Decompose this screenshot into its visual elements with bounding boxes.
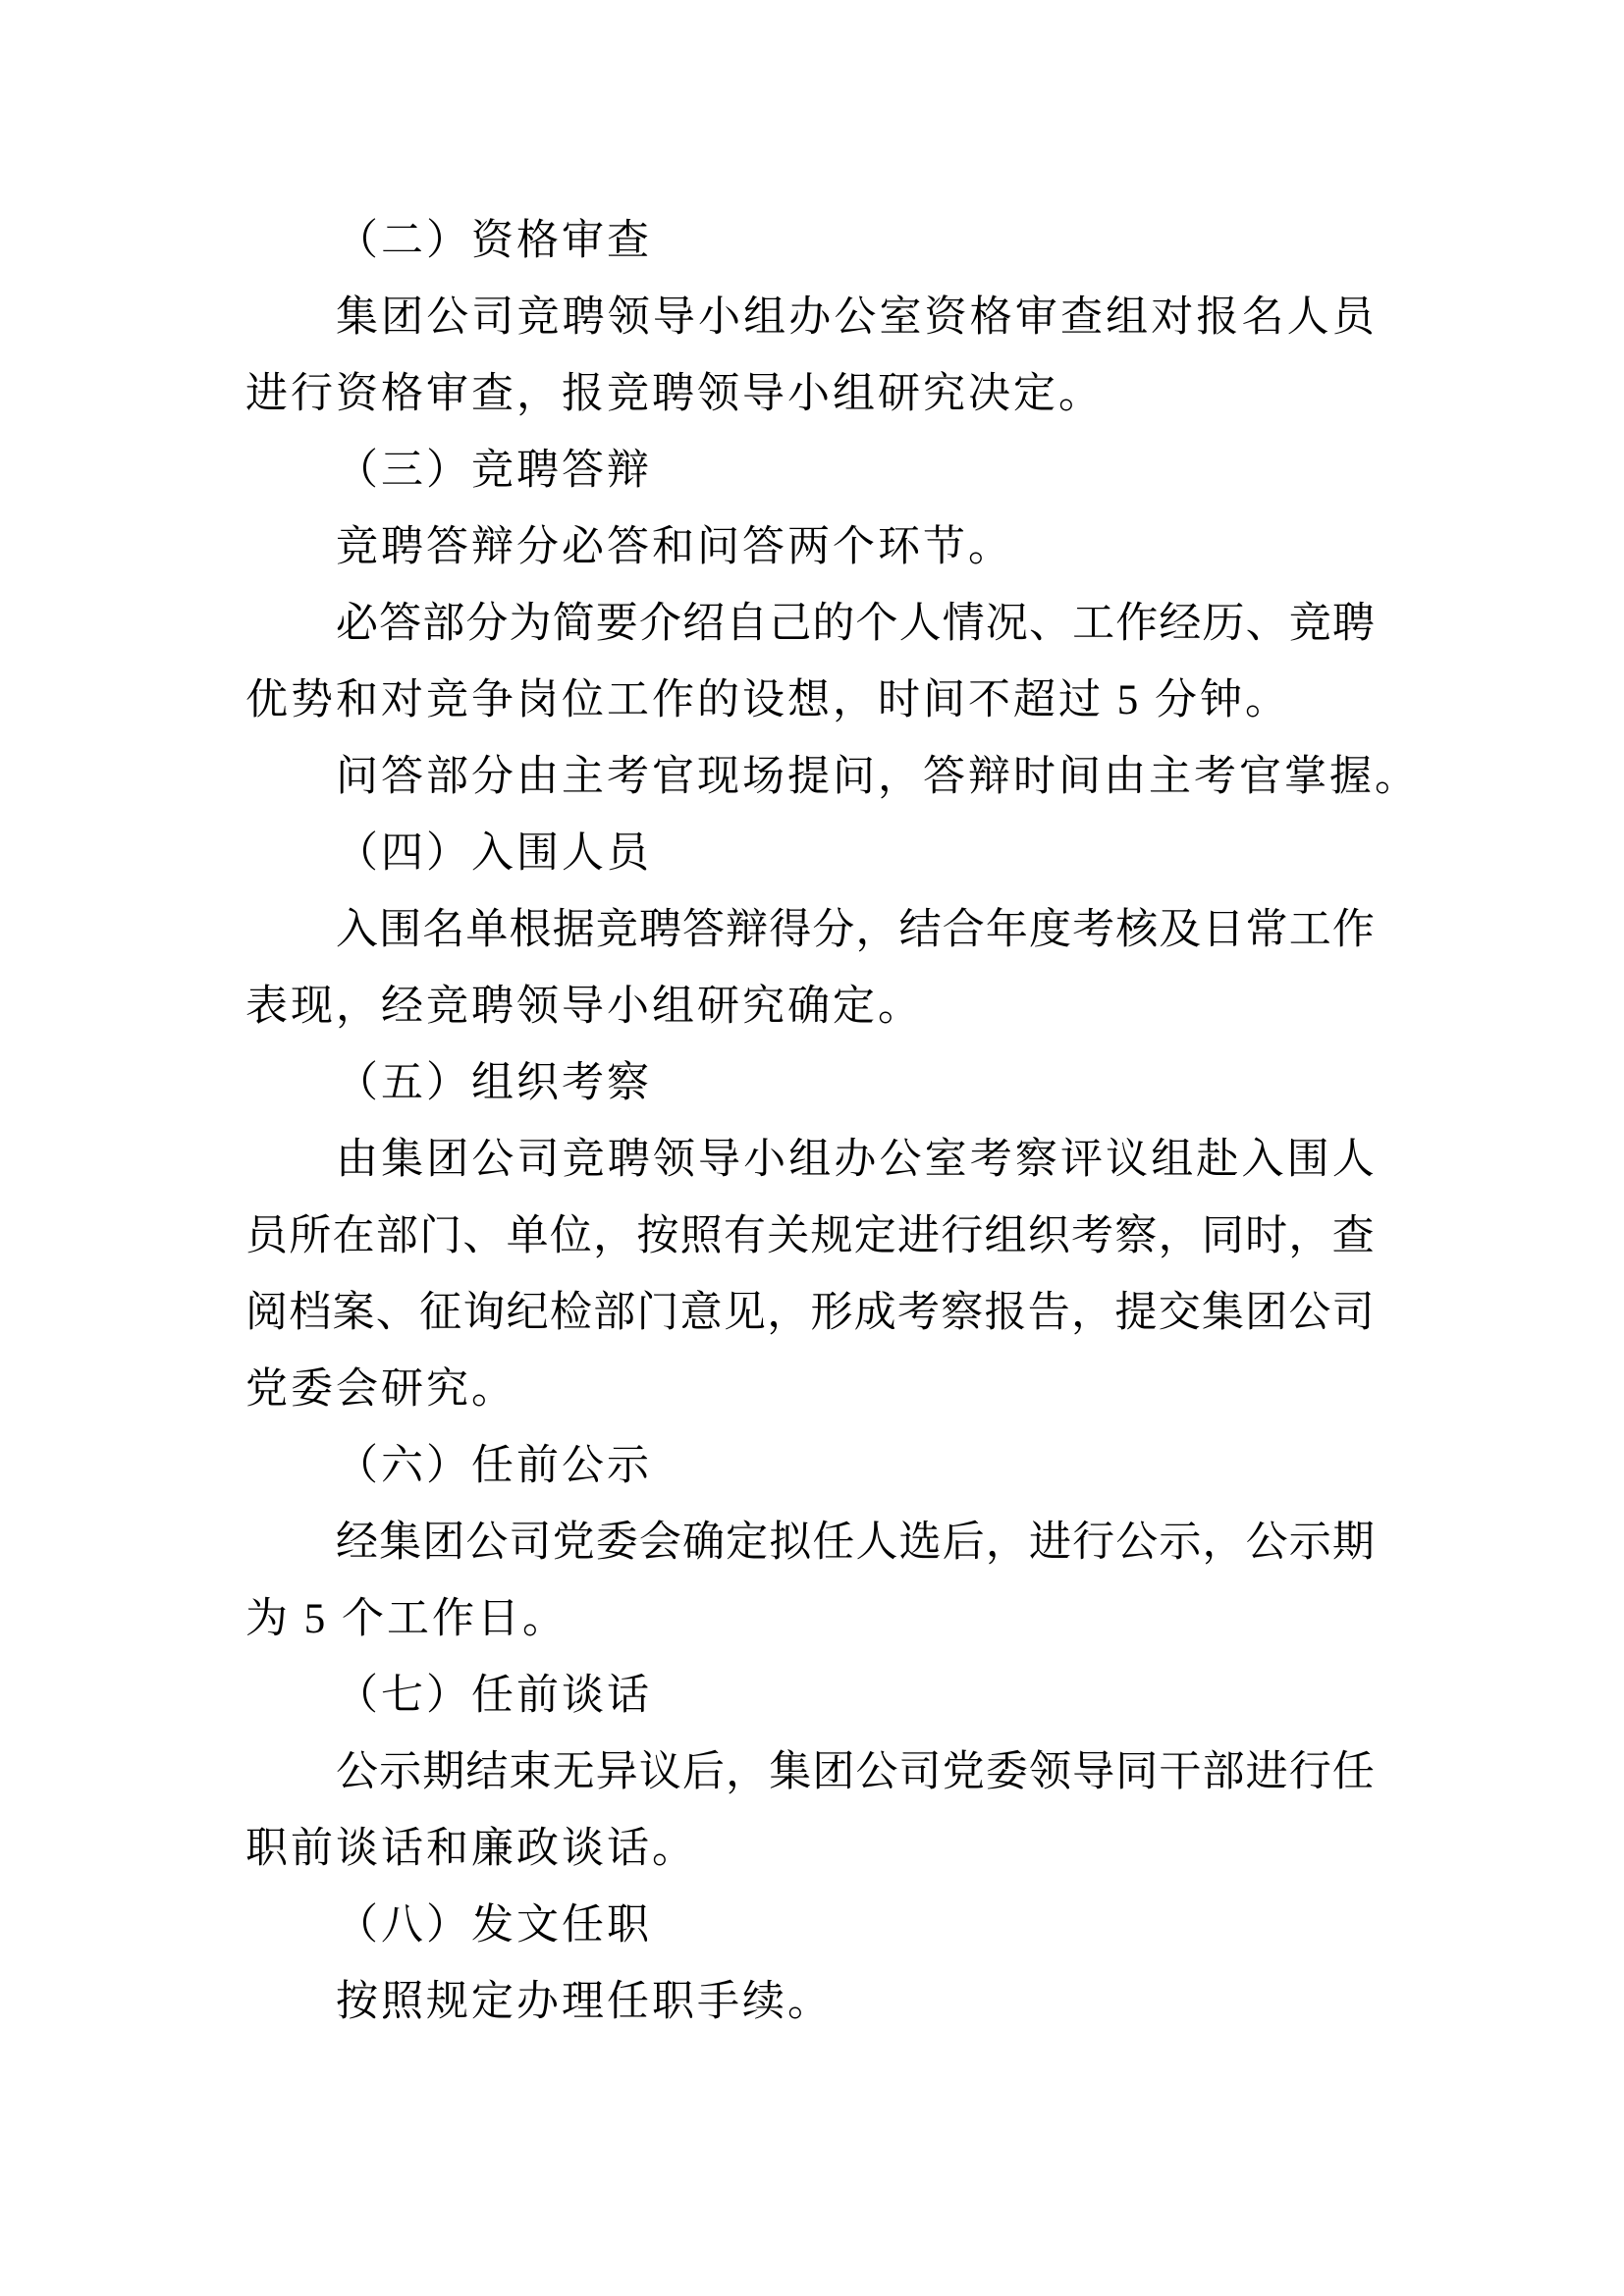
text-char: 办 bbox=[834, 1122, 876, 1199]
text-char: 的 bbox=[812, 586, 854, 663]
text-char: 导 bbox=[1072, 1735, 1114, 1811]
text-char: 示 bbox=[1289, 1505, 1331, 1581]
text-char: 人 bbox=[1287, 280, 1329, 356]
text-char: 期 bbox=[422, 1735, 464, 1811]
text-char: 期 bbox=[1332, 1505, 1375, 1581]
text-char: 司 bbox=[517, 1122, 560, 1199]
text-char: 常 bbox=[1246, 892, 1288, 969]
text-char: 个 bbox=[856, 586, 898, 663]
text-char: 任 bbox=[812, 1505, 854, 1581]
text-char: 党 bbox=[943, 1735, 985, 1811]
text-char: 有 bbox=[724, 1199, 766, 1275]
text-line: 进行资格审查，报竞聘领导小组研究决定。 bbox=[245, 356, 1375, 433]
text-char: 团 bbox=[422, 1505, 464, 1581]
text-char: 在 bbox=[333, 1199, 375, 1275]
text-char: 示 bbox=[1159, 1505, 1201, 1581]
text-char: 竞 bbox=[517, 280, 560, 356]
text-char: 导 bbox=[698, 1122, 740, 1199]
text-char: 行 bbox=[1072, 1505, 1114, 1581]
text-char: 团 bbox=[1245, 1275, 1287, 1352]
text-char: 自 bbox=[726, 586, 768, 663]
text-char: 集 bbox=[381, 1122, 423, 1199]
text-char: 部 bbox=[593, 1275, 635, 1352]
text-char: 照 bbox=[680, 1199, 723, 1275]
text-char: 公 bbox=[336, 1735, 378, 1811]
text-char: 简 bbox=[553, 586, 595, 663]
text-char: 行 bbox=[941, 1199, 983, 1275]
text-char: 结 bbox=[899, 892, 942, 969]
text-char: 部 bbox=[1203, 1735, 1245, 1811]
text-char: 规 bbox=[810, 1199, 852, 1275]
text-char: 、 bbox=[462, 1199, 505, 1275]
text-char: 赴 bbox=[1196, 1122, 1238, 1199]
text-char: 部 bbox=[422, 586, 464, 663]
text-char: 察 bbox=[941, 1275, 983, 1352]
text-char: 辩 bbox=[726, 892, 768, 969]
text-char: ， bbox=[1159, 1199, 1201, 1275]
text-char: 公 bbox=[465, 1505, 508, 1581]
text-line: 由集团公司竞聘领导小组办公室考察评议组赴入围人 bbox=[245, 1122, 1375, 1199]
text-char: 集 bbox=[336, 280, 378, 356]
text-char: 拟 bbox=[769, 1505, 811, 1581]
text-char: 结 bbox=[465, 1735, 508, 1811]
text-char: 小 bbox=[698, 280, 740, 356]
text-char: 议 bbox=[1106, 1122, 1148, 1199]
text-char: 入 bbox=[1242, 1122, 1284, 1199]
text-char: 审 bbox=[1015, 280, 1057, 356]
text-char: 集 bbox=[1202, 1275, 1244, 1352]
text-char: 时 bbox=[1245, 1199, 1287, 1275]
text-char: 织 bbox=[1028, 1199, 1070, 1275]
text-char: 名 bbox=[422, 892, 464, 969]
text-char: 、 bbox=[1029, 586, 1071, 663]
text-char: 人 bbox=[899, 586, 942, 663]
text-char: 公 bbox=[1246, 1505, 1288, 1581]
text-char: 考 bbox=[1072, 892, 1114, 969]
text-line: 阅档案、征询纪检部门意见，形成考察报告，提交集团公司 bbox=[245, 1275, 1375, 1352]
text-char: 工 bbox=[1072, 586, 1114, 663]
text-char: 公 bbox=[426, 280, 468, 356]
text-char: 由 bbox=[336, 1122, 378, 1199]
text-char: 日 bbox=[1203, 892, 1245, 969]
text-char: 征 bbox=[419, 1275, 461, 1352]
text-char: ， bbox=[1288, 1199, 1330, 1275]
text-line: （二）资格审查 bbox=[245, 203, 1375, 280]
text-line: （三）竞聘答辩 bbox=[245, 433, 1375, 509]
text-char: 合 bbox=[943, 892, 985, 969]
text-char: 司 bbox=[899, 1735, 942, 1811]
text-line: （八）发文任职 bbox=[245, 1888, 1375, 1964]
text-char: 后 bbox=[682, 1735, 725, 1811]
text-char: 公 bbox=[1288, 1275, 1330, 1352]
text-char: 历 bbox=[1203, 586, 1245, 663]
text-char: 人 bbox=[856, 1505, 898, 1581]
text-char: 导 bbox=[653, 280, 695, 356]
text-char: 司 bbox=[1332, 1275, 1375, 1352]
text-char: 经 bbox=[336, 1505, 378, 1581]
text-char: 后 bbox=[943, 1505, 985, 1581]
text-char: 无 bbox=[553, 1735, 595, 1811]
text-char: 单 bbox=[507, 1199, 549, 1275]
text-char: 竞 bbox=[563, 1122, 605, 1199]
text-char: 作 bbox=[1332, 892, 1375, 969]
text-char: 领 bbox=[653, 1122, 695, 1199]
text-char: 提 bbox=[1114, 1275, 1157, 1352]
text-char: 团 bbox=[426, 1122, 468, 1199]
text-char: 门 bbox=[419, 1199, 461, 1275]
text-char: 团 bbox=[812, 1735, 854, 1811]
text-char: 形 bbox=[810, 1275, 852, 1352]
text-char: 答 bbox=[682, 892, 725, 969]
text-line: 员所在部门、单位，按照有关规定进行组织考察，同时，查 bbox=[245, 1199, 1375, 1275]
text-char: 及 bbox=[1159, 892, 1201, 969]
text-char: 组 bbox=[788, 1122, 831, 1199]
text-char: 核 bbox=[1115, 892, 1158, 969]
text-char: 、 bbox=[376, 1275, 418, 1352]
text-char: 己 bbox=[769, 586, 811, 663]
text-char: 委 bbox=[986, 1735, 1028, 1811]
text-char: 人 bbox=[1332, 1122, 1375, 1199]
text-char: 入 bbox=[336, 892, 378, 969]
text-char: 情 bbox=[943, 586, 985, 663]
text-char: 交 bbox=[1159, 1275, 1201, 1352]
text-char: 会 bbox=[639, 1505, 681, 1581]
text-char: 名 bbox=[1242, 280, 1284, 356]
text-char: 阅 bbox=[245, 1275, 288, 1352]
text-line: （七）任前谈话 bbox=[245, 1658, 1375, 1735]
text-char: 格 bbox=[970, 280, 1012, 356]
text-char: 况 bbox=[986, 586, 1028, 663]
text-char: 干 bbox=[1159, 1735, 1201, 1811]
text-char: 分 bbox=[465, 586, 508, 663]
text-char: 部 bbox=[376, 1199, 418, 1275]
text-char: 察 bbox=[1114, 1199, 1157, 1275]
text-char: 定 bbox=[854, 1199, 896, 1275]
text-char: 办 bbox=[788, 280, 831, 356]
text-line: （六）任前公示 bbox=[245, 1428, 1375, 1505]
text-char: 考 bbox=[970, 1122, 1012, 1199]
text-char: 考 bbox=[897, 1275, 940, 1352]
text-line: （五）组织考察 bbox=[245, 1045, 1375, 1122]
text-char: 作 bbox=[1115, 586, 1158, 663]
text-char: 选 bbox=[899, 1505, 942, 1581]
text-char: 党 bbox=[553, 1505, 595, 1581]
text-char: 检 bbox=[550, 1275, 592, 1352]
text-line: 问答部分由主考官现场提问，答辩时间由主考官掌握。 bbox=[245, 739, 1375, 816]
text-char: 司 bbox=[471, 280, 514, 356]
text-char: 、 bbox=[1246, 586, 1288, 663]
text-line: 必答部分为简要介绍自己的个人情况、工作经历、竞聘 bbox=[245, 586, 1375, 663]
text-char: ， bbox=[767, 1275, 809, 1352]
text-char: ， bbox=[1203, 1505, 1245, 1581]
text-char: 领 bbox=[1029, 1735, 1071, 1811]
text-char: 围 bbox=[379, 892, 421, 969]
text-char: 聘 bbox=[1332, 586, 1375, 663]
text-char: 团 bbox=[381, 280, 423, 356]
text-char: 查 bbox=[1060, 280, 1103, 356]
text-char: 告 bbox=[1028, 1275, 1070, 1352]
text-char: 进 bbox=[1246, 1735, 1288, 1811]
text-char: 报 bbox=[1196, 280, 1238, 356]
text-char: 集 bbox=[769, 1735, 811, 1811]
text-char: 分 bbox=[812, 892, 854, 969]
text-char: 经 bbox=[1159, 586, 1201, 663]
text-char: 室 bbox=[880, 280, 922, 356]
text-char: 竞 bbox=[596, 892, 638, 969]
text-char: 组 bbox=[1106, 280, 1148, 356]
text-char: 根 bbox=[510, 892, 552, 969]
text-char: 年 bbox=[986, 892, 1028, 969]
text-line: 经集团公司党委会确定拟任人选后，进行公示，公示期 bbox=[245, 1505, 1375, 1581]
text-char: 组 bbox=[985, 1199, 1027, 1275]
text-char: 聘 bbox=[563, 280, 605, 356]
text-char: 成 bbox=[854, 1275, 896, 1352]
text-char: 得 bbox=[769, 892, 811, 969]
text-char: 案 bbox=[333, 1275, 375, 1352]
text-char: 异 bbox=[596, 1735, 638, 1811]
text-char: ， bbox=[986, 1505, 1028, 1581]
text-char: 进 bbox=[897, 1199, 940, 1275]
text-char: 察 bbox=[1015, 1122, 1057, 1199]
text-char: ， bbox=[856, 892, 898, 969]
text-char: 行 bbox=[1289, 1735, 1331, 1811]
text-char: 领 bbox=[608, 280, 650, 356]
document-page: （二）资格审查集团公司竞聘领导小组办公室资格审查组对报名人员进行资格审查，报竞聘… bbox=[0, 0, 1624, 2296]
text-char: ， bbox=[726, 1735, 768, 1811]
text-char: 为 bbox=[510, 586, 552, 663]
text-char: 竞 bbox=[1289, 586, 1331, 663]
text-char: 位 bbox=[550, 1199, 592, 1275]
text-char: 任 bbox=[1332, 1735, 1375, 1811]
text-char: 答 bbox=[379, 586, 421, 663]
text-char: 纪 bbox=[507, 1275, 549, 1352]
text-char: ， bbox=[1071, 1275, 1113, 1352]
text-char: 组 bbox=[1151, 1122, 1193, 1199]
text-char: 门 bbox=[636, 1275, 678, 1352]
text-line: 优势和对竞争岗位工作的设想，时间不超过 5 分钟。 bbox=[245, 663, 1375, 739]
text-char: 司 bbox=[510, 1505, 552, 1581]
text-line: 竞聘答辩分必答和问答两个环节。 bbox=[245, 509, 1375, 586]
text-char: 报 bbox=[985, 1275, 1027, 1352]
text-char: 关 bbox=[767, 1199, 809, 1275]
text-char: 对 bbox=[1151, 280, 1193, 356]
text-line: 集团公司竞聘领导小组办公室资格审查组对报名人员 bbox=[245, 280, 1375, 356]
text-char: 公 bbox=[856, 1735, 898, 1811]
text-char: 询 bbox=[462, 1275, 505, 1352]
text-char: 委 bbox=[596, 1505, 638, 1581]
text-char: 查 bbox=[1332, 1199, 1375, 1275]
text-char: 聘 bbox=[608, 1122, 650, 1199]
text-char: 员 bbox=[245, 1199, 288, 1275]
text-char: 档 bbox=[289, 1275, 331, 1352]
text-char: ， bbox=[593, 1199, 635, 1275]
text-char: 集 bbox=[379, 1505, 421, 1581]
text-line: 公示期结束无异议后，集团公司党委领导同干部进行任 bbox=[245, 1735, 1375, 1811]
text-char: 示 bbox=[379, 1735, 421, 1811]
text-char: 公 bbox=[471, 1122, 514, 1199]
text-line: 按照规定办理任职手续。 bbox=[245, 1964, 1375, 2041]
text-char: 介 bbox=[639, 586, 681, 663]
text-line: 入围名单根据竞聘答辩得分，结合年度考核及日常工作 bbox=[245, 892, 1375, 969]
text-line: （四）入围人员 bbox=[245, 816, 1375, 892]
text-line: 表现，经竞聘领导小组研究确定。 bbox=[245, 969, 1375, 1045]
text-char: 单 bbox=[465, 892, 508, 969]
text-char: 度 bbox=[1029, 892, 1071, 969]
text-char: 工 bbox=[1289, 892, 1331, 969]
text-char: 资 bbox=[925, 280, 967, 356]
document-body: （二）资格审查集团公司竞聘领导小组办公室资格审查组对报名人员进行资格审查，报竞聘… bbox=[245, 203, 1375, 2041]
text-char: 同 bbox=[1115, 1735, 1158, 1811]
text-line: 职前谈话和廉政谈话。 bbox=[245, 1811, 1375, 1888]
text-char: 围 bbox=[1287, 1122, 1329, 1199]
text-char: 要 bbox=[596, 586, 638, 663]
text-char: 见 bbox=[724, 1275, 766, 1352]
text-char: 确 bbox=[682, 1505, 725, 1581]
text-char: 公 bbox=[880, 1122, 922, 1199]
text-char: 员 bbox=[1332, 280, 1375, 356]
text-char: 必 bbox=[336, 586, 378, 663]
text-char: 公 bbox=[1115, 1505, 1158, 1581]
text-char: 组 bbox=[743, 280, 785, 356]
text-char: 同 bbox=[1202, 1199, 1244, 1275]
text-line: 党委会研究。 bbox=[245, 1352, 1375, 1428]
text-char: 室 bbox=[925, 1122, 967, 1199]
text-char: 绍 bbox=[682, 586, 725, 663]
text-char: 定 bbox=[726, 1505, 768, 1581]
text-char: 公 bbox=[834, 280, 876, 356]
text-char: 考 bbox=[1071, 1199, 1113, 1275]
text-char: 评 bbox=[1060, 1122, 1103, 1199]
text-char: 意 bbox=[680, 1275, 723, 1352]
text-char: 小 bbox=[743, 1122, 785, 1199]
text-char: 所 bbox=[289, 1199, 331, 1275]
text-char: 议 bbox=[639, 1735, 681, 1811]
text-char: 据 bbox=[553, 892, 595, 969]
text-char: 按 bbox=[636, 1199, 678, 1275]
text-char: 进 bbox=[1029, 1505, 1071, 1581]
text-line: 为 5 个工作日。 bbox=[245, 1581, 1375, 1658]
text-char: 聘 bbox=[639, 892, 681, 969]
text-char: 束 bbox=[510, 1735, 552, 1811]
